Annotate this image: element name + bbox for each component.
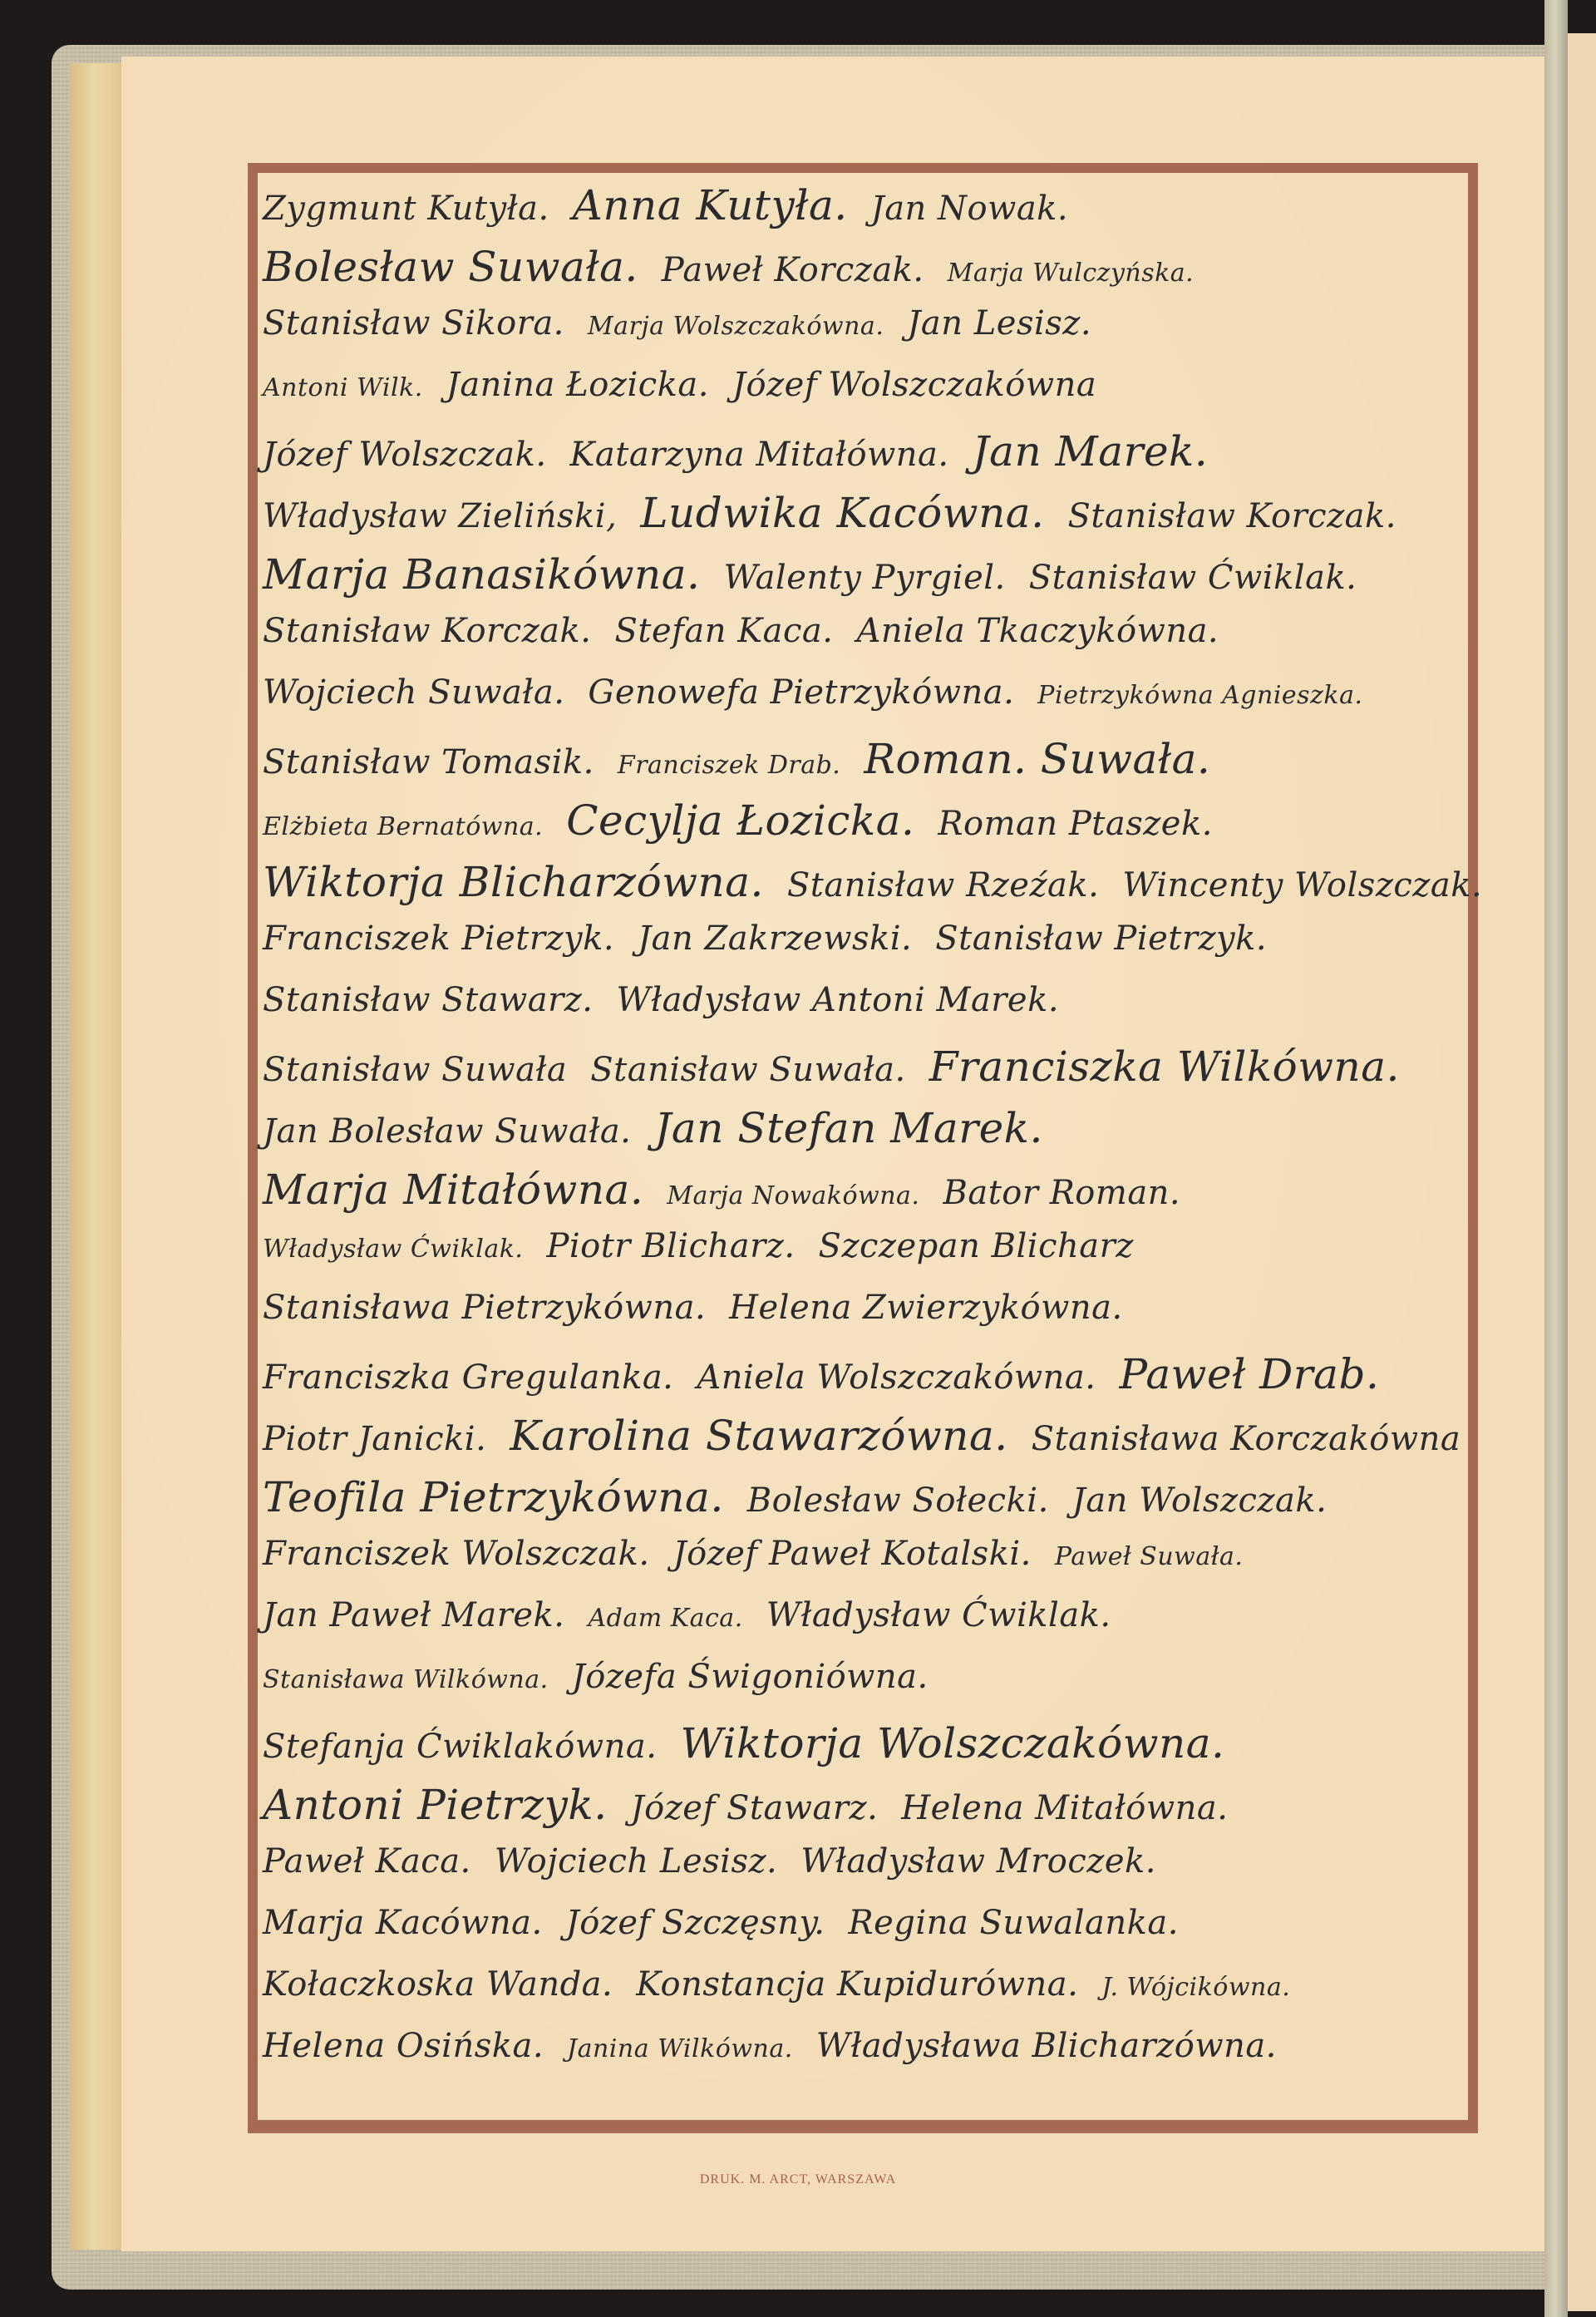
handwritten-name: Kołaczkoska Wanda. — [263, 1965, 613, 2004]
handwritten-name: Stanisław Korczak. — [263, 612, 591, 650]
handwritten-name: Franciszek Drab. — [618, 751, 840, 780]
handwritten-name: Józefa Świgoniówna. — [572, 1658, 929, 1696]
handwritten-name: Jan Marek. — [973, 427, 1209, 476]
handwritten-name: Władysław Ćwiklak. — [263, 1235, 523, 1264]
signature-line: Marja Kacówna.Józef Szczęsny.Regina Suwa… — [263, 1904, 1468, 1955]
handwritten-name: Stanisław Ćwiklak. — [1029, 559, 1357, 597]
signature-line: Wojciech Suwała.Genowefa Pietrzykówna.Pi… — [263, 673, 1468, 725]
handwritten-name: Jan Wolszczak. — [1072, 1481, 1328, 1520]
signature-line: Władysław Zieliński,Ludwika Kacówna.Stan… — [263, 489, 1468, 540]
handwritten-name: Wojciech Lesisz. — [495, 1842, 778, 1881]
signature-line: Bolesław Suwała.Paweł Korczak.Marja Wulc… — [263, 243, 1468, 294]
handwritten-name: Władysława Blicharzówna. — [816, 2027, 1277, 2065]
signature-line: Kołaczkoska Wanda.Konstancja Kupidurówna… — [263, 1965, 1468, 2017]
signature-line: Piotr Janicki.Karolina Stawarzówna.Stani… — [263, 1412, 1468, 1463]
handwritten-name: Marja Nowakówna. — [667, 1181, 919, 1210]
signature-line: Józef Wolszczak.Katarzyna Mitałówna.Jan … — [263, 427, 1468, 479]
handwritten-name: Stefanja Ćwiklakówna. — [263, 1728, 657, 1766]
handwritten-name: Marja Banasikówna. — [263, 550, 700, 599]
handwritten-name: Stanisław Pietrzyk. — [935, 919, 1267, 958]
handwritten-name: Józef Stawarz. — [631, 1789, 879, 1827]
signature-line: Franciszka Gregulanka.Aniela Wolszczaków… — [263, 1350, 1468, 1402]
handwritten-name: Władysław Antoni Marek. — [617, 981, 1060, 1019]
signature-line: Franciszek Wolszczak.Józef Paweł Kotalsk… — [263, 1535, 1468, 1586]
handwritten-name: Anna Kutyła. — [573, 181, 848, 229]
book-gutter — [1544, 0, 1568, 2317]
handwritten-name: Paweł Drab. — [1119, 1350, 1379, 1398]
handwritten-name: Wojciech Suwała. — [263, 673, 564, 712]
signature-line: Elżbieta Bernatówna.Cecylja Łozicka.Roma… — [263, 796, 1468, 848]
handwritten-name: Janina Łozicka. — [446, 366, 709, 404]
handwritten-name: Stanisława Wilkówna. — [263, 1665, 549, 1694]
handwritten-name: Helena Zwierzykówna. — [729, 1289, 1123, 1327]
handwritten-name: Franciszek Wolszczak. — [263, 1535, 650, 1573]
handwritten-name: Bolesław Suwała. — [263, 243, 638, 291]
handwritten-name: Elżbieta Bernatówna. — [263, 812, 543, 841]
handwritten-name: Katarzyna Mitałówna. — [570, 436, 949, 474]
handwritten-name: Józef Wolszczakówna — [732, 366, 1096, 404]
handwritten-name: Józef Wolszczak. — [263, 436, 547, 474]
handwritten-name: Franciszka Gregulanka. — [263, 1358, 673, 1397]
signature-line: Stanisław Stawarz.Władysław Antoni Marek… — [263, 981, 1468, 1033]
handwritten-name: Stanisława Korczakówna — [1032, 1420, 1461, 1458]
handwritten-name: Stanisław Tomasik. — [263, 743, 594, 781]
handwritten-name: Marja Wolszczakówna. — [588, 312, 884, 341]
handwritten-name: Stanisław Sikora. — [263, 304, 564, 343]
handwritten-name: Aniela Tkaczykówna. — [856, 612, 1219, 650]
signature-line: Antoni Wilk.Janina Łozicka.Józef Wolszcz… — [263, 366, 1468, 417]
signature-line: Teofila Pietrzykówna.Bolesław Sołecki.Ja… — [263, 1473, 1468, 1525]
signature-line: Paweł Kaca.Wojciech Lesisz.Władysław Mro… — [263, 1842, 1468, 1894]
handwritten-name: Konstancja Kupidurówna. — [636, 1965, 1078, 2004]
handwritten-name: Marja Mitałówna. — [263, 1166, 643, 1214]
handwritten-name: Antoni Pietrzyk. — [263, 1781, 608, 1829]
handwritten-name: Cecylja Łozicka. — [566, 796, 914, 845]
handwritten-name: Piotr Janicki. — [263, 1420, 486, 1458]
signature-line: Stanisława Wilkówna.Józefa Świgoniówna. — [263, 1658, 1468, 1709]
signature-line: Stanisław Tomasik.Franciszek Drab.Roman.… — [263, 735, 1468, 786]
handwritten-name: Marja Kacówna. — [263, 1904, 543, 1942]
handwritten-name: Paweł Suwała. — [1055, 1542, 1244, 1571]
handwritten-name: Franciszek Pietrzyk. — [263, 919, 614, 958]
handwritten-name: Ludwika Kacówna. — [640, 489, 1044, 537]
handwritten-name: Pietrzykówna Agnieszka. — [1037, 681, 1362, 710]
handwritten-name: Marja Wulczyńska. — [948, 259, 1195, 288]
signature-line: Władysław Ćwiklak.Piotr Blicharz.Szczepa… — [263, 1227, 1468, 1279]
handwritten-name: Jan Stefan Marek. — [654, 1104, 1042, 1152]
page-edges — [70, 63, 128, 2250]
handwritten-name: Wiktorja Wolszczakówna. — [680, 1719, 1224, 1767]
handwritten-name: Zygmunt Kutyła. — [263, 190, 549, 228]
handwritten-name: Wiktorja Blicharzówna. — [263, 858, 764, 906]
handwritten-name: Stanisław Rzeźak. — [787, 866, 1099, 905]
signature-line: Franciszek Pietrzyk.Jan Zakrzewski.Stani… — [263, 919, 1468, 971]
printer-imprint: DRUK. M. ARCT, WARSZAWA — [0, 2172, 1596, 2187]
signature-line: Stanisław Sikora.Marja Wolszczakówna.Jan… — [263, 304, 1468, 356]
signature-line: Stanisława Pietrzykówna.Helena Zwierzykó… — [263, 1289, 1468, 1340]
signature-line: Marja Banasikówna.Walenty Pyrgiel.Stanis… — [263, 550, 1468, 602]
handwritten-name: Stanisława Pietrzykówna. — [263, 1289, 706, 1327]
handwritten-name: Karolina Stawarzówna. — [510, 1412, 1007, 1460]
handwritten-name: Stanisław Suwała. — [590, 1051, 905, 1089]
handwritten-name: Walenty Pyrgiel. — [723, 559, 1005, 597]
handwritten-name: Roman. Suwała. — [864, 735, 1210, 783]
handwritten-name: Józef Paweł Kotalski. — [673, 1535, 1032, 1573]
handwritten-name: Wincenty Wolszczak. — [1122, 866, 1482, 905]
handwritten-name: Genowefa Pietrzykówna. — [588, 673, 1014, 712]
handwritten-name: Stanisław Suwała — [263, 1051, 567, 1089]
handwritten-name: Paweł Kaca. — [263, 1842, 471, 1881]
signature-line: Stanisław SuwałaStanisław Suwała.Francis… — [263, 1043, 1468, 1094]
handwritten-name: Adam Kaca. — [588, 1604, 742, 1633]
signature-line: Jan Paweł Marek.Adam Kaca.Władysław Ćwik… — [263, 1596, 1468, 1648]
handwritten-name: Janina Wilkówna. — [567, 2034, 793, 2063]
handwritten-name: Stanisław Stawarz. — [263, 981, 594, 1019]
handwritten-name: Stanisław Korczak. — [1068, 497, 1396, 535]
handwritten-name: Teofila Pietrzykówna. — [263, 1473, 724, 1521]
signature-line: Wiktorja Blicharzówna.Stanisław Rzeźak.W… — [263, 858, 1468, 910]
handwritten-name: Helena Osińska. — [263, 2027, 544, 2065]
signature-line: Helena Osińska.Janina Wilkówna.Władysław… — [263, 2027, 1468, 2078]
handwritten-name: Władysław Mroczek. — [800, 1842, 1156, 1881]
signature-line: Stanisław Korczak.Stefan Kaca.Aniela Tka… — [263, 612, 1468, 663]
signature-line: Stefanja Ćwiklakówna.Wiktorja Wolszczakó… — [263, 1719, 1468, 1771]
handwritten-name: Jan Nowak. — [871, 190, 1068, 228]
signature-line: Jan Bolesław Suwała.Jan Stefan Marek. — [263, 1104, 1468, 1156]
handwritten-name: Jan Zakrzewski. — [638, 919, 912, 958]
handwritten-name: Antoni Wilk. — [263, 373, 423, 402]
signature-line: Antoni Pietrzyk.Józef Stawarz.Helena Mit… — [263, 1781, 1468, 1832]
facing-page-edge — [1568, 33, 1596, 2311]
signature-line: Zygmunt Kutyła.Anna Kutyła.Jan Nowak. — [263, 181, 1468, 233]
handwritten-name: Jan Lesisz. — [907, 304, 1091, 343]
signature-list: Zygmunt Kutyła.Anna Kutyła.Jan Nowak.Bol… — [263, 166, 1468, 2112]
handwritten-name: Aniela Wolszczakówna. — [697, 1358, 1096, 1397]
handwritten-name: Jan Paweł Marek. — [263, 1596, 564, 1634]
handwritten-name: Jan Bolesław Suwała. — [263, 1112, 631, 1151]
handwritten-name: Bator Roman. — [943, 1174, 1180, 1212]
handwritten-name: Roman Ptaszek. — [938, 805, 1213, 843]
handwritten-name: Władysław Ćwiklak. — [766, 1596, 1111, 1634]
handwritten-name: Bolesław Sołecki. — [747, 1481, 1049, 1520]
handwritten-name: Piotr Blicharz. — [546, 1227, 795, 1265]
handwritten-name: Władysław Zieliński, — [263, 497, 617, 535]
handwritten-name: Józef Szczęsny. — [566, 1904, 825, 1942]
handwritten-name: Regina Suwalanka. — [848, 1904, 1178, 1942]
handwritten-name: Stefan Kaca. — [614, 612, 833, 650]
handwritten-name: Helena Mitałówna. — [901, 1789, 1228, 1827]
handwritten-name: Paweł Korczak. — [662, 251, 924, 289]
handwritten-name: Franciszka Wilkówna. — [929, 1043, 1400, 1091]
signature-line: Marja Mitałówna.Marja Nowakówna.Bator Ro… — [263, 1166, 1468, 1217]
handwritten-name: Szczepan Blicharz — [819, 1227, 1134, 1265]
handwritten-name: J. Wójcikówna. — [1101, 1973, 1290, 2002]
